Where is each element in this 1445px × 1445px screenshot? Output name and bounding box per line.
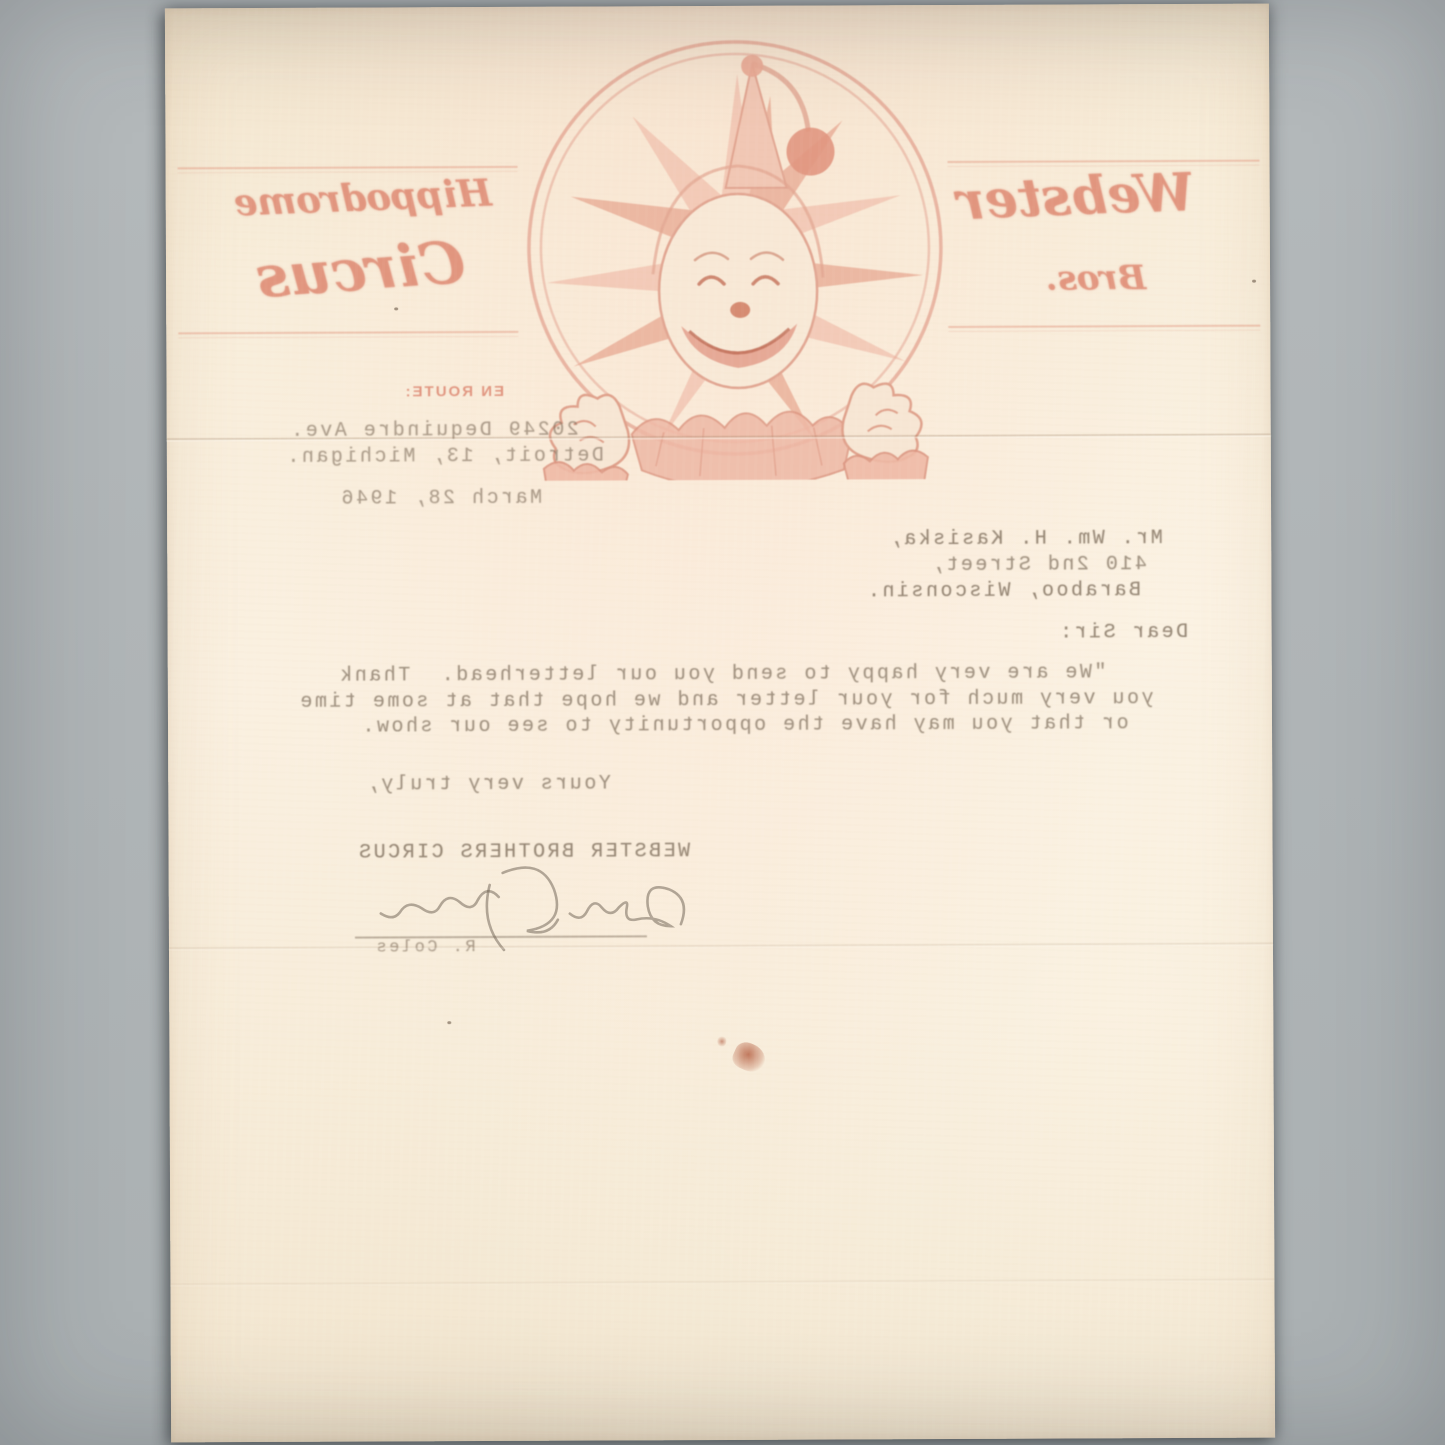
typed-signature-name: R. Coles bbox=[374, 939, 476, 956]
paper-speck bbox=[447, 1021, 451, 1024]
typed-salutation: Dear Sir: bbox=[1058, 623, 1189, 644]
letterhead-rule bbox=[178, 331, 518, 334]
clown-emblem-icon bbox=[512, 35, 958, 481]
letterhead-rule bbox=[948, 325, 1260, 328]
paper-speck bbox=[394, 307, 398, 310]
letterhead-rule bbox=[178, 166, 518, 169]
script-webster: Webster bbox=[945, 161, 1207, 232]
paper-crease bbox=[169, 943, 1273, 951]
typed-recipient-line3: Baraboo, Wisconsin. bbox=[865, 581, 1141, 602]
letterhead-rule bbox=[948, 160, 1260, 163]
script-bros: Bros. bbox=[1031, 258, 1161, 299]
typed-recipient-line1: Mr. Wm. H. Kasiska, bbox=[887, 529, 1163, 550]
typed-sender-address-line1: 20249 Dequindre Ave. bbox=[289, 421, 579, 442]
en-route-label: EN ROUTE: bbox=[404, 383, 505, 400]
typed-recipient-line2: 410 2nd Street, bbox=[929, 555, 1147, 576]
paper-speck bbox=[1252, 280, 1256, 283]
typed-body-line1: "We are very happy to send you our lette… bbox=[338, 663, 1107, 686]
ink-stain bbox=[717, 1036, 726, 1047]
photo-background: Hippodrome Circus Webster Bros. bbox=[0, 0, 1445, 1445]
typed-date-line: March 28, 1946 bbox=[339, 489, 542, 510]
typed-body-line3: or that you may have the opportunity to … bbox=[360, 714, 1129, 737]
typed-sender-address-line2: Detroit, 13, Michigan. bbox=[285, 447, 604, 468]
ink-stain bbox=[729, 1039, 769, 1077]
paper-crease bbox=[170, 1279, 1274, 1287]
typed-body-line2: you very much for your letter and we hop… bbox=[298, 689, 1154, 713]
letter-sheet: Hippodrome Circus Webster Bros. bbox=[165, 4, 1275, 1443]
typed-closing: Yours very truly, bbox=[364, 774, 611, 795]
script-hippodrome: Hippodrome bbox=[227, 170, 499, 225]
script-circus: Circus bbox=[246, 227, 475, 311]
